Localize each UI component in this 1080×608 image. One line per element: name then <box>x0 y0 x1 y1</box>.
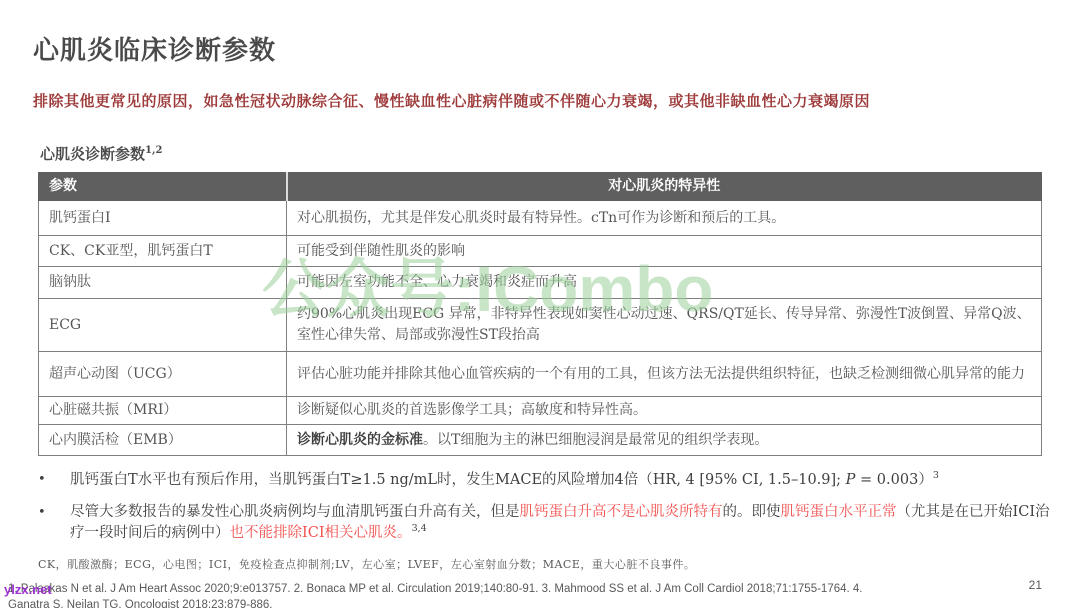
page-number: 21 <box>1029 578 1042 592</box>
slide: 心肌炎临床诊断参数 排除其他更常见的原因，如急性冠状动脉综合征、慢性缺血性心脏病… <box>0 0 1080 608</box>
parameter-cell: ECG <box>39 299 287 352</box>
page-title: 心肌炎临床诊断参数 <box>0 0 1080 67</box>
table-caption-text: 心肌炎诊断参数 <box>40 145 145 163</box>
watermark-bottom-left: ylzx.net <box>4 582 52 597</box>
bullet-text: 肌钙蛋白T水平也有预后作用，当肌钙蛋白T≥1.5 ng/mL时，发生MACE的风… <box>70 470 939 490</box>
parameter-cell: 肌钙蛋白I <box>39 201 287 236</box>
references: 1. Palaskas N et al. J Am Heart Assoc 20… <box>8 581 1080 608</box>
specificity-cell: 可能因左室功能不全、心力衰竭和炎症而升高 <box>287 267 1042 299</box>
bullet-list: •肌钙蛋白T水平也有预后作用，当肌钙蛋白T≥1.5 ng/mL时，发生MACE的… <box>38 470 1052 543</box>
table-row: 脑钠肽可能因左室功能不全、心力衰竭和炎症而升高 <box>39 267 1042 299</box>
specificity-cell: 对心肌损伤，尤其是伴发心肌炎时最有特异性。cTn可作为诊断和预后的工具。 <box>287 201 1042 236</box>
specificity-cell: 诊断心肌炎的金标准。以T细胞为主的淋巴细胞浸润是最常见的组织学表现。 <box>287 425 1042 456</box>
text-segment: 诊断心肌炎的金标准 <box>297 432 423 448</box>
diagnosis-parameters-table: 参数 对心肌炎的特异性 肌钙蛋白I对心肌损伤，尤其是伴发心肌炎时最有特异性。cT… <box>38 172 1042 456</box>
table-row: CK、CK亚型，肌钙蛋白T可能受到伴随性肌炎的影响 <box>39 236 1042 267</box>
specificity-cell: 可能受到伴随性肌炎的影响 <box>287 236 1042 267</box>
text-segment: 的。即使 <box>723 504 781 520</box>
parameter-cell: CK、CK亚型，肌钙蛋白T <box>39 236 287 267</box>
text-segment: = 0.003） <box>855 472 932 488</box>
text-segment: 可能因左室功能不全、心力衰竭和炎症而升高 <box>297 274 577 290</box>
text-segment: 诊断疑似心肌炎的首选影像学工具；高敏度和特异性高。 <box>297 402 647 418</box>
text-segment: 尽管大多数报告的暴发性心肌炎病例均与血清肌钙蛋白升高有关，但是 <box>70 504 520 520</box>
text-segment: 3 <box>933 470 939 481</box>
text-segment: 约90%心肌炎出现ECG 异常，非特异性表现如窦性心动过速、QRS/QT延长、传… <box>297 306 1031 343</box>
specificity-cell: 评估心脏功能并排除其他心血管疾病的一个有用的工具，但该方法无法提供组织特征，也缺… <box>287 352 1042 397</box>
table-header-row: 参数 对心肌炎的特异性 <box>39 173 1042 201</box>
text-segment: 也不能排除ICI相关心肌炎。 <box>230 525 412 541</box>
bullet-marker: • <box>38 503 70 543</box>
reference-line: Ganatra S, Neilan TG. Oncologist 2018;23… <box>8 597 1080 608</box>
bullet-item: •尽管大多数报告的暴发性心肌炎病例均与血清肌钙蛋白升高有关，但是肌钙蛋白升高不是… <box>38 503 1052 543</box>
subtitle: 排除其他更常见的原因，如急性冠状动脉综合征、慢性缺血性心脏病伴随或不伴随心力衰竭… <box>33 90 1050 111</box>
table-row: 肌钙蛋白I对心肌损伤，尤其是伴发心肌炎时最有特异性。cTn可作为诊断和预后的工具… <box>39 201 1042 236</box>
text-segment: 评估心脏功能并排除其他心血管疾病的一个有用的工具，但该方法无法提供组织特征，也缺… <box>297 366 1025 382</box>
parameter-cell: 超声心动图（UCG） <box>39 352 287 397</box>
table-row: ECG约90%心肌炎出现ECG 异常，非特异性表现如窦性心动过速、QRS/QT延… <box>39 299 1042 352</box>
bullet-text: 尽管大多数报告的暴发性心肌炎病例均与血清肌钙蛋白升高有关，但是肌钙蛋白升高不是心… <box>70 503 1052 543</box>
table-row: 心脏磁共振（MRI）诊断疑似心肌炎的首选影像学工具；高敏度和特异性高。 <box>39 397 1042 425</box>
text-segment: 可能受到伴随性肌炎的影响 <box>297 243 465 259</box>
parameter-cell: 心内膜活检（EMB） <box>39 425 287 456</box>
text-segment: 对心肌损伤，尤其是伴发心肌炎时最有特异性。cTn可作为诊断和预后的工具。 <box>297 210 785 226</box>
text-segment: 。以T细胞为主的淋巴细胞浸润是最常见的组织学表现。 <box>423 432 768 448</box>
column-header-parameter: 参数 <box>39 173 287 201</box>
text-segment: 肌钙蛋白水平正常 <box>781 504 897 520</box>
specificity-cell: 约90%心肌炎出现ECG 异常，非特异性表现如窦性心动过速、QRS/QT延长、传… <box>287 299 1042 352</box>
bullet-marker: • <box>38 470 70 490</box>
table-row: 超声心动图（UCG）评估心脏功能并排除其他心血管疾病的一个有用的工具，但该方法无… <box>39 352 1042 397</box>
reference-line: 1. Palaskas N et al. J Am Heart Assoc 20… <box>8 581 1080 597</box>
abbreviations-footnote: CK，肌酸激酶；ECG，心电图；ICI，免疫检查点抑制剂;LV，左心室；LVEF… <box>38 556 1080 572</box>
text-segment: 肌钙蛋白升高不是心肌炎所特有 <box>520 504 723 520</box>
bullet-item: •肌钙蛋白T水平也有预后作用，当肌钙蛋白T≥1.5 ng/mL时，发生MACE的… <box>38 470 1052 490</box>
text-segment: 肌钙蛋白T水平也有预后作用，当肌钙蛋白T≥1.5 ng/mL时，发生MACE的风… <box>70 472 846 488</box>
table-caption: 心肌炎诊断参数1,2 <box>40 143 1080 164</box>
text-segment: 3,4 <box>412 523 427 534</box>
parameter-cell: 脑钠肽 <box>39 267 287 299</box>
parameter-cell: 心脏磁共振（MRI） <box>39 397 287 425</box>
specificity-cell: 诊断疑似心肌炎的首选影像学工具；高敏度和特异性高。 <box>287 397 1042 425</box>
table-caption-superscript: 1,2 <box>145 145 162 156</box>
text-segment: P <box>846 472 856 488</box>
table-row: 心内膜活检（EMB）诊断心肌炎的金标准。以T细胞为主的淋巴细胞浸润是最常见的组织… <box>39 425 1042 456</box>
column-header-specificity: 对心肌炎的特异性 <box>287 173 1042 201</box>
